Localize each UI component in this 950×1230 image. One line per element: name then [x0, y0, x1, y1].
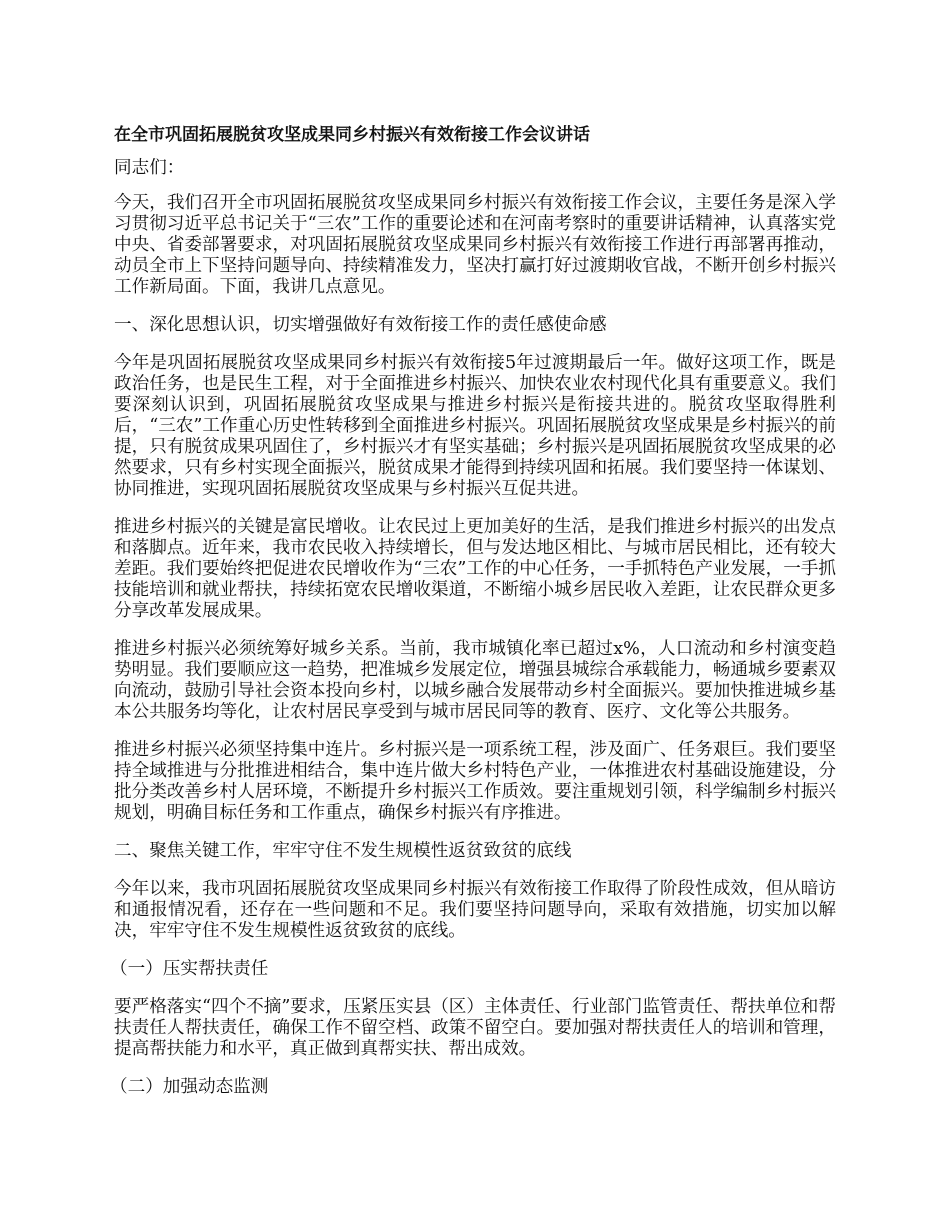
greeting: 同志们：	[114, 158, 836, 179]
subsection-heading-1: （一）压实帮扶责任	[110, 959, 836, 980]
document-page: 在全市巩固拓展脱贫攻坚成果同乡村振兴有效衔接工作会议讲话 同志们： 今天，我们召…	[114, 124, 836, 1115]
paragraph: 推进乡村振兴的关键是富民增收。让农民过上更加美好的生活，是我们推进乡村振兴的出发…	[114, 517, 836, 622]
paragraph: 要严格落实“四个不摘”要求，压紧压实县（区）主体责任、行业部门监管责任、帮扶单位…	[114, 997, 836, 1060]
paragraph: 推进乡村振兴必须统筹好城乡关系。当前，我市城镇化率已超过x%，人口流动和乡村演变…	[114, 639, 836, 723]
section-heading-1: 一、深化思想认识，切实增强做好有效衔接工作的责任感使命感	[114, 315, 836, 336]
paragraph: 今年以来，我市巩固拓展脱贫攻坚成果同乡村振兴有效衔接工作取得了阶段性成效，但从暗…	[114, 879, 836, 942]
document-title: 在全市巩固拓展脱贫攻坚成果同乡村振兴有效衔接工作会议讲话	[114, 124, 836, 146]
paragraph: 今年是巩固拓展脱贫攻坚成果同乡村振兴有效衔接5年过渡期最后一年。做好这项工作，既…	[114, 353, 836, 500]
paragraph-intro: 今天，我们召开全市巩固拓展脱贫攻坚成果同乡村振兴有效衔接工作会议，主要任务是深入…	[114, 193, 836, 298]
subsection-heading-2: （二）加强动态监测	[110, 1077, 836, 1098]
paragraph: 推进乡村振兴必须坚持集中连片。乡村振兴是一项系统工程，涉及面广、任务艰巨。我们要…	[114, 740, 836, 824]
section-heading-2: 二、聚焦关键工作，牢牢守住不发生规模性返贫致贫的底线	[114, 841, 836, 862]
